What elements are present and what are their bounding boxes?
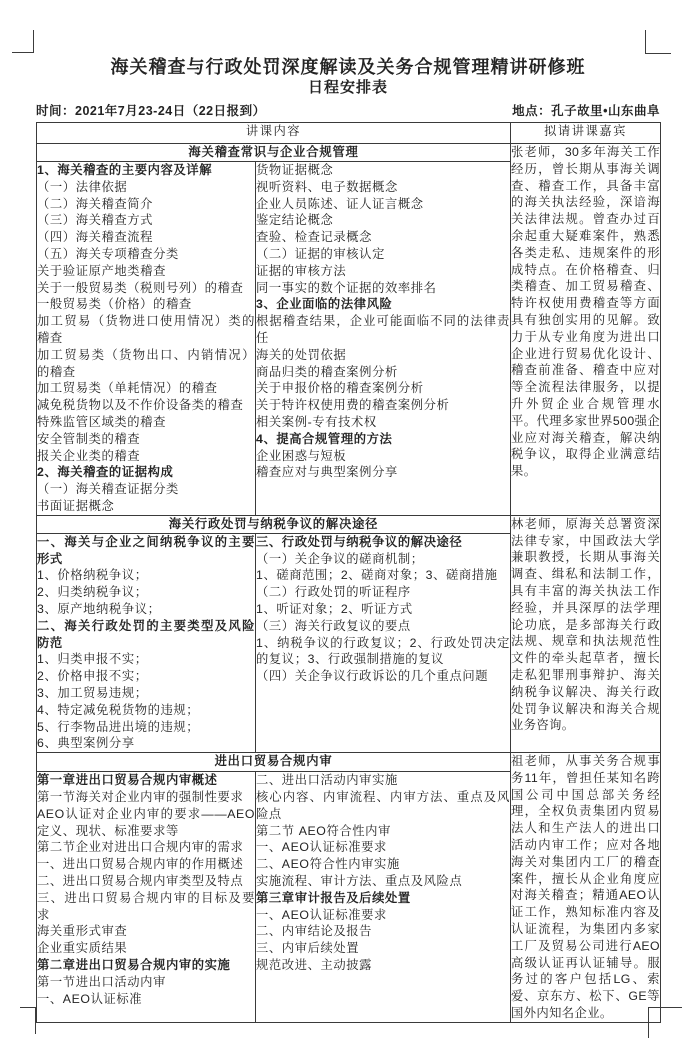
content-line: （五）海关专项稽查分类 <box>37 246 255 263</box>
content-line: 视听资料、电子数据概念 <box>256 179 510 196</box>
section-2-left-cell: 一、海关与企业之间纳税争议的主要形式1、价格纳税争议；2、归类纳税争议；3、原产… <box>37 533 256 752</box>
content-line: 1、价格纳税争议； <box>37 567 255 584</box>
section-1-title-row: 海关稽查常识与企业合规管理 张老师，30多年海关工作经历，曾长期从事海关调查、稽… <box>37 144 661 162</box>
content-line: 1、归类申报不实； <box>37 651 255 668</box>
content-line: 关于验证原产地类稽查 <box>37 263 255 280</box>
crop-mark-top-right <box>645 30 671 54</box>
content-line: 6、典型案例分享 <box>37 735 255 752</box>
content-line: 第一节进出口活动内审 <box>37 974 255 991</box>
section-2-middle-cell: 三、行政处罚与纳税争议的解决途径（一）关企争议的磋商机制；1、磋商范围；2、磋商… <box>256 533 511 752</box>
content-line: （三）海关行政复议的要点 <box>256 618 510 635</box>
section-2-title-row: 海关行政处罚与纳税争议的解决途径 林老师，原海关总署资深法律专家，中国政法大学兼… <box>37 515 661 533</box>
content-line: 二、海关行政处罚的主要类型及风险防范 <box>37 618 255 652</box>
content-line: 1、听证对象；2、听证方式 <box>256 601 510 618</box>
content-line: 关于申报价格的稽查案例分析 <box>256 380 510 397</box>
content-line: 5、行李物品进出境的违规； <box>37 719 255 736</box>
section-3-left-cell: 第一章进出口贸易合规内审概述第一节海关对企业内审的强制性要求AEO认证对企业内审… <box>37 772 256 1023</box>
content-line: 二、进出口活动内审实施 <box>256 772 510 789</box>
time-label: 时间：2021年7月23-24日（22日报到） <box>36 103 266 119</box>
content-column-header: 讲课内容 <box>37 123 511 144</box>
content-line: 3、加工贸易违规； <box>37 685 255 702</box>
content-line: 根据稽查结果，企业可能面临不同的法律责任 <box>256 313 510 347</box>
content-line: 相关案例-专有技术权 <box>256 414 510 431</box>
content-line: 第一节海关对企业内审的强制性要求 <box>37 789 255 806</box>
content-line: 企业人员陈述、证人证言概念 <box>256 196 510 213</box>
content-line: 一般贸易类（价格）的稽查 <box>37 296 255 313</box>
content-line: 同一事实的数个证据的效率排名 <box>256 280 510 297</box>
content-line: 关于一般贸易类（税则号列）的稽查 <box>37 280 255 297</box>
content-line: 4、特定减免税货物的违规； <box>37 702 255 719</box>
content-line: 鉴定结论概念 <box>256 212 510 229</box>
content-line: 企业重实质结果 <box>37 940 255 957</box>
content-line: 3、企业面临的法律风险 <box>256 296 510 313</box>
content-line: （一）海关稽查证据分类 <box>37 481 255 498</box>
content-line: 书面证据概念 <box>37 498 255 515</box>
session-info-row: 时间：2021年7月23-24日（22日报到） 地点：孔子故里•山东曲阜 <box>36 103 660 119</box>
content-line: AEO认证对企业内审的要求——AEO定义、现状、标准要求等 <box>37 806 255 840</box>
content-line: 加工贸易类（货物出口、内销情况）的稽查 <box>37 347 255 381</box>
content-line: 一、海关与企业之间纳税争议的主要形式 <box>37 534 255 568</box>
content-line: （二）行政处罚的听证程序 <box>256 584 510 601</box>
content-line: 1、纳税争议的行政复议；2、行政处罚决定的复议；3、行政强制措施的复议 <box>256 635 510 669</box>
content-line: 2、归类纳税争议； <box>37 584 255 601</box>
content-line: 实施流程、审计方法、重点及风险点 <box>256 873 510 890</box>
content-line: 货物证据概念 <box>256 162 510 179</box>
content-line: 第二节 AEO符合性内审 <box>256 823 510 840</box>
content-line: 第二节企业对进出口合规内审的需求 <box>37 839 255 856</box>
content-line: 证据的审核方法 <box>256 263 510 280</box>
content-line: （一）法律依据 <box>37 179 255 196</box>
content-line: （二）海关稽查简介 <box>37 196 255 213</box>
crop-mark-top-left <box>12 30 34 53</box>
content-line: 特殊监管区域类的稽查 <box>37 414 255 431</box>
page-subtitle: 日程安排表 <box>36 79 660 97</box>
content-line: （二）证据的审核认定 <box>256 246 510 263</box>
content-line: 三、行政处罚与纳税争议的解决途径 <box>256 534 510 551</box>
schedule-table: 讲课内容 拟请讲课嘉宾 海关稽查常识与企业合规管理 张老师，30多年海关工作经历… <box>36 122 661 1023</box>
section-2-guest-bio: 林老师，原海关总署资深法律专家，中国政法大学兼职教授，长期从事海关调查、缉私和法… <box>511 515 661 752</box>
content-line: 稽查应对与典型案例分享 <box>256 464 510 481</box>
content-line: 安全管制类的稽查 <box>37 431 255 448</box>
crop-mark-bottom-left <box>20 1007 36 1034</box>
page-title: 海关稽查与行政处罚深度解读及关务合规管理精讲研修班 <box>36 56 660 78</box>
content-line: 二、内审结论及报告 <box>256 923 510 940</box>
content-line: 1、海关稽查的主要内容及详解 <box>37 162 255 179</box>
section-3-title: 进出口贸易合规内审 <box>37 753 511 772</box>
content-line: 加工贸易（货物进口使用情况）类的稽查 <box>37 313 255 347</box>
content-line: 4、提高合规管理的方法 <box>256 431 510 448</box>
content-line: 一、AEO认证标准要求 <box>256 907 510 924</box>
content-line: 一、AEO认证标准 <box>37 991 255 1008</box>
content-line: 查验、检查记录概念 <box>256 229 510 246</box>
content-line: 第二章进出口贸易合规内审的实施 <box>37 957 255 974</box>
content-line: 三、内审后续处置 <box>256 940 510 957</box>
content-line: 海关的处罚依据 <box>256 347 510 364</box>
section-1-title: 海关稽查常识与企业合规管理 <box>37 144 511 162</box>
content-line: 第三章审计报告及后续处置 <box>256 890 510 907</box>
section-1-middle-cell: 货物证据概念视听资料、电子数据概念企业人员陈述、证人证言概念鉴定结论概念查验、检… <box>256 162 511 516</box>
content-line: （四）海关稽查流程 <box>37 229 255 246</box>
content-line: 二、AEO符合性内审实施 <box>256 856 510 873</box>
content-line: 加工贸易类（单耗情况）的稽查 <box>37 380 255 397</box>
document-content: 海关稽查与行政处罚深度解读及关务合规管理精讲研修班 日程安排表 时间：2021年… <box>36 56 660 1023</box>
content-line: 海关重形式审查 <box>37 923 255 940</box>
content-line: 核心内容、内审流程、内审方法、重点及风险点 <box>256 789 510 823</box>
content-line: 二、进出口贸易合规内审类型及特点 <box>37 873 255 890</box>
section-1-left-cell: 1、海关稽查的主要内容及详解（一）法律依据（二）海关稽查简介（三）海关稽查方式（… <box>37 162 256 516</box>
guest-column-header: 拟请讲课嘉宾 <box>511 123 661 144</box>
content-line: 企业困惑与短板 <box>256 448 510 465</box>
content-line: 三、进出口贸易合规内审的目标及要求 <box>37 890 255 924</box>
section-3-middle-cell: 二、进出口活动内审实施核心内容、内审流程、内审方法、重点及风险点第二节 AEO符… <box>256 772 511 1023</box>
content-line: （四）关企争议行政诉讼的几个重点问题 <box>256 668 510 685</box>
content-line: 2、价格申报不实； <box>37 668 255 685</box>
content-line: 3、原产地纳税争议； <box>37 601 255 618</box>
section-3-guest-bio: 祖老师，从事关务合规事务11年，曾担任某知名跨国公司中国总部关务经理，全权负责集… <box>511 753 661 1023</box>
content-line: 规范改进、主动披露 <box>256 957 510 974</box>
content-line: 1、磋商范围；2、磋商对象；3、磋商措施 <box>256 567 510 584</box>
section-3-title-row: 进出口贸易合规内审 祖老师，从事关务合规事务11年，曾担任某知名跨国公司中国总部… <box>37 753 661 772</box>
location-label: 地点：孔子故里•山东曲阜 <box>512 103 660 119</box>
content-line: 报关企业类的稽查 <box>37 448 255 465</box>
table-header-row: 讲课内容 拟请讲课嘉宾 <box>37 123 661 144</box>
content-line: （三）海关稽查方式 <box>37 212 255 229</box>
content-line: 一、进出口贸易合规内审的作用概述 <box>37 856 255 873</box>
section-2-title: 海关行政处罚与纳税争议的解决途径 <box>37 515 511 533</box>
content-line: 商品归类的稽查案例分析 <box>256 364 510 381</box>
content-line: （一）关企争议的磋商机制； <box>256 551 510 568</box>
content-line: 减免税货物以及不作价设备类的稽查 <box>37 397 255 414</box>
content-line: 2、海关稽查的证据构成 <box>37 464 255 481</box>
schedule-document: 海关稽查与行政处罚深度解读及关务合规管理精讲研修班 日程安排表 时间：2021年… <box>0 0 696 1041</box>
content-line: 第一章进出口贸易合规内审概述 <box>37 772 255 789</box>
content-line: 一、AEO认证标准要求 <box>256 839 510 856</box>
content-line: 关于特许权使用费的稽查案例分析 <box>256 397 510 414</box>
section-1-guest-bio: 张老师，30多年海关工作经历，曾长期从事海关调查、稽查工作，具备丰富的海关执法经… <box>511 144 661 516</box>
